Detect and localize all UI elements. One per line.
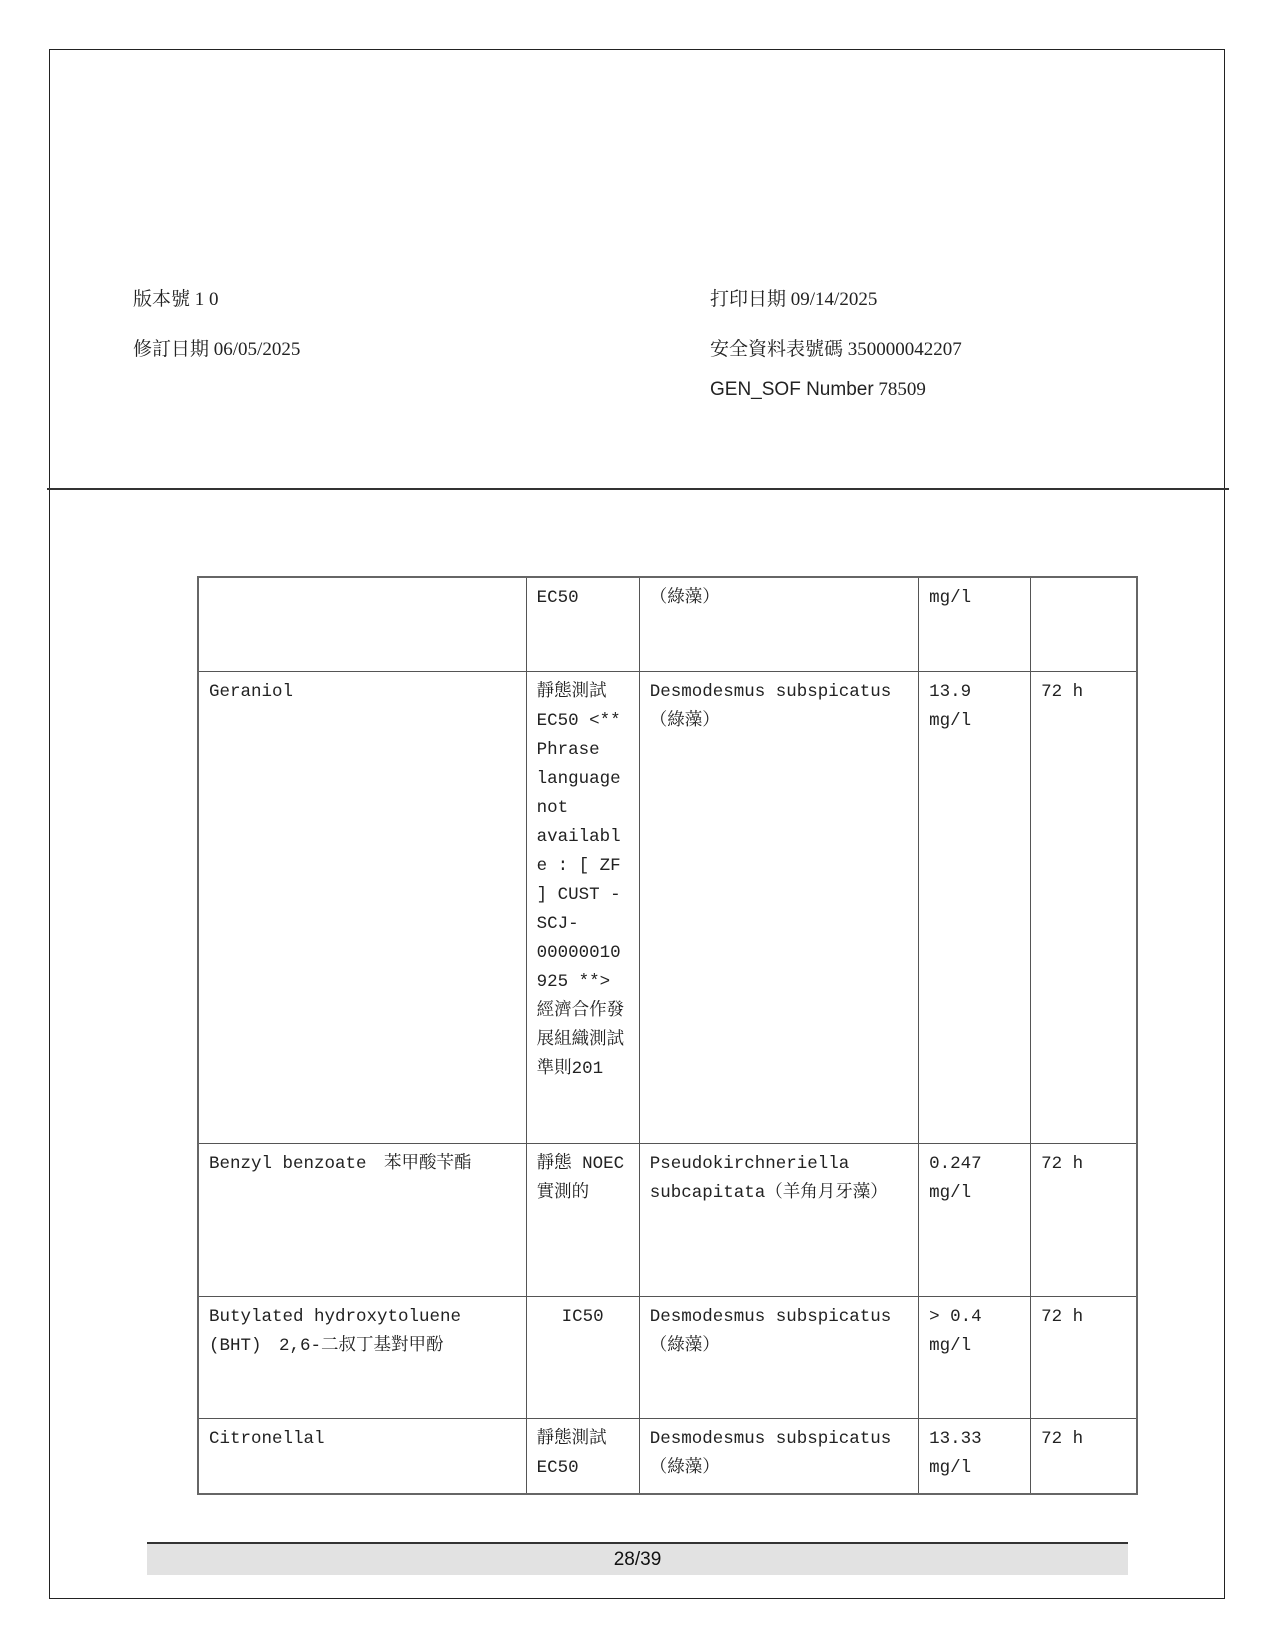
species-cell: Desmodesmus subspicatus（綠藻） xyxy=(639,1418,918,1494)
test-type-cell: 靜態 NOEC 實測的 xyxy=(526,1143,639,1296)
print-label: 打印日期 xyxy=(710,289,786,310)
value-cell: 13.9 mg/l xyxy=(919,671,1031,1143)
print-date: 打印日期 09/14/2025 xyxy=(710,284,877,311)
species-cell: Desmodesmus subspicatus（綠藻） xyxy=(639,671,918,1143)
revision-date-value: 06/05/2025 xyxy=(214,339,301,360)
table-row: Benzyl benzoate 苯甲酸苄酯靜態 NOEC 實測的Pseudoki… xyxy=(198,1143,1137,1296)
duration-cell: 72 h xyxy=(1031,671,1137,1143)
substance-cell: Geraniol xyxy=(198,671,526,1143)
sds-number: 安全資料表號碼 350000042207 xyxy=(710,334,962,361)
revision-label: 修訂日期 xyxy=(133,339,209,360)
species-cell: Desmodesmus subspicatus（綠藻） xyxy=(639,1296,918,1418)
substance-cell: Butylated hydroxytoluene (BHT) 2,6-二叔丁基對… xyxy=(198,1296,526,1418)
version-text: 版本號 1 0 xyxy=(133,289,219,310)
value-cell: > 0.4 mg/l xyxy=(919,1296,1031,1418)
value-cell: 0.247 mg/l xyxy=(919,1143,1031,1296)
test-type-cell: EC50 xyxy=(526,577,639,671)
sds-label: 安全資料表號碼 xyxy=(710,339,843,360)
duration-cell: 72 h xyxy=(1031,1296,1137,1418)
gen-sof-label: GEN_SOF Number xyxy=(710,379,874,400)
table-row: EC50（綠藻）mg/l xyxy=(198,577,1137,671)
value-cell: 13.33 mg/l xyxy=(919,1418,1031,1494)
version-number: 版本號 1 0 xyxy=(133,284,219,311)
test-type-cell: 靜態測試 EC50 xyxy=(526,1418,639,1494)
substance-cell: Benzyl benzoate 苯甲酸苄酯 xyxy=(198,1143,526,1296)
ecotoxicity-table: EC50（綠藻）mg/lGeraniol靜態測試 EC50 <** Phrase… xyxy=(197,576,1138,1495)
test-type-cell: IC50 xyxy=(526,1296,639,1418)
duration-cell xyxy=(1031,577,1137,671)
table-row: Geraniol靜態測試 EC50 <** Phrase language no… xyxy=(198,671,1137,1143)
table-row: Citronellal靜態測試 EC50Desmodesmus subspica… xyxy=(198,1418,1137,1494)
test-type-cell: 靜態測試 EC50 <** Phrase language not availa… xyxy=(526,671,639,1143)
duration-cell: 72 h xyxy=(1031,1143,1137,1296)
species-cell: Pseudokirchneriella subcapitata（羊角月牙藻） xyxy=(639,1143,918,1296)
gen-sof-number: GEN_SOF Number 78509 xyxy=(710,379,926,401)
duration-cell: 72 h xyxy=(1031,1418,1137,1494)
page-indicator: 28/39 xyxy=(147,1544,1128,1575)
substance-cell: Citronellal xyxy=(198,1418,526,1494)
revision-date: 修訂日期 06/05/2025 xyxy=(133,334,300,361)
substance-cell xyxy=(198,577,526,671)
value-cell: mg/l xyxy=(919,577,1031,671)
table-row: Butylated hydroxytoluene (BHT) 2,6-二叔丁基對… xyxy=(198,1296,1137,1418)
gen-sof-value: 78509 xyxy=(878,379,926,400)
sds-number-value: 350000042207 xyxy=(848,339,962,360)
print-date-value: 09/14/2025 xyxy=(791,289,878,310)
species-cell: （綠藻） xyxy=(639,577,918,671)
header-divider xyxy=(47,488,1229,490)
